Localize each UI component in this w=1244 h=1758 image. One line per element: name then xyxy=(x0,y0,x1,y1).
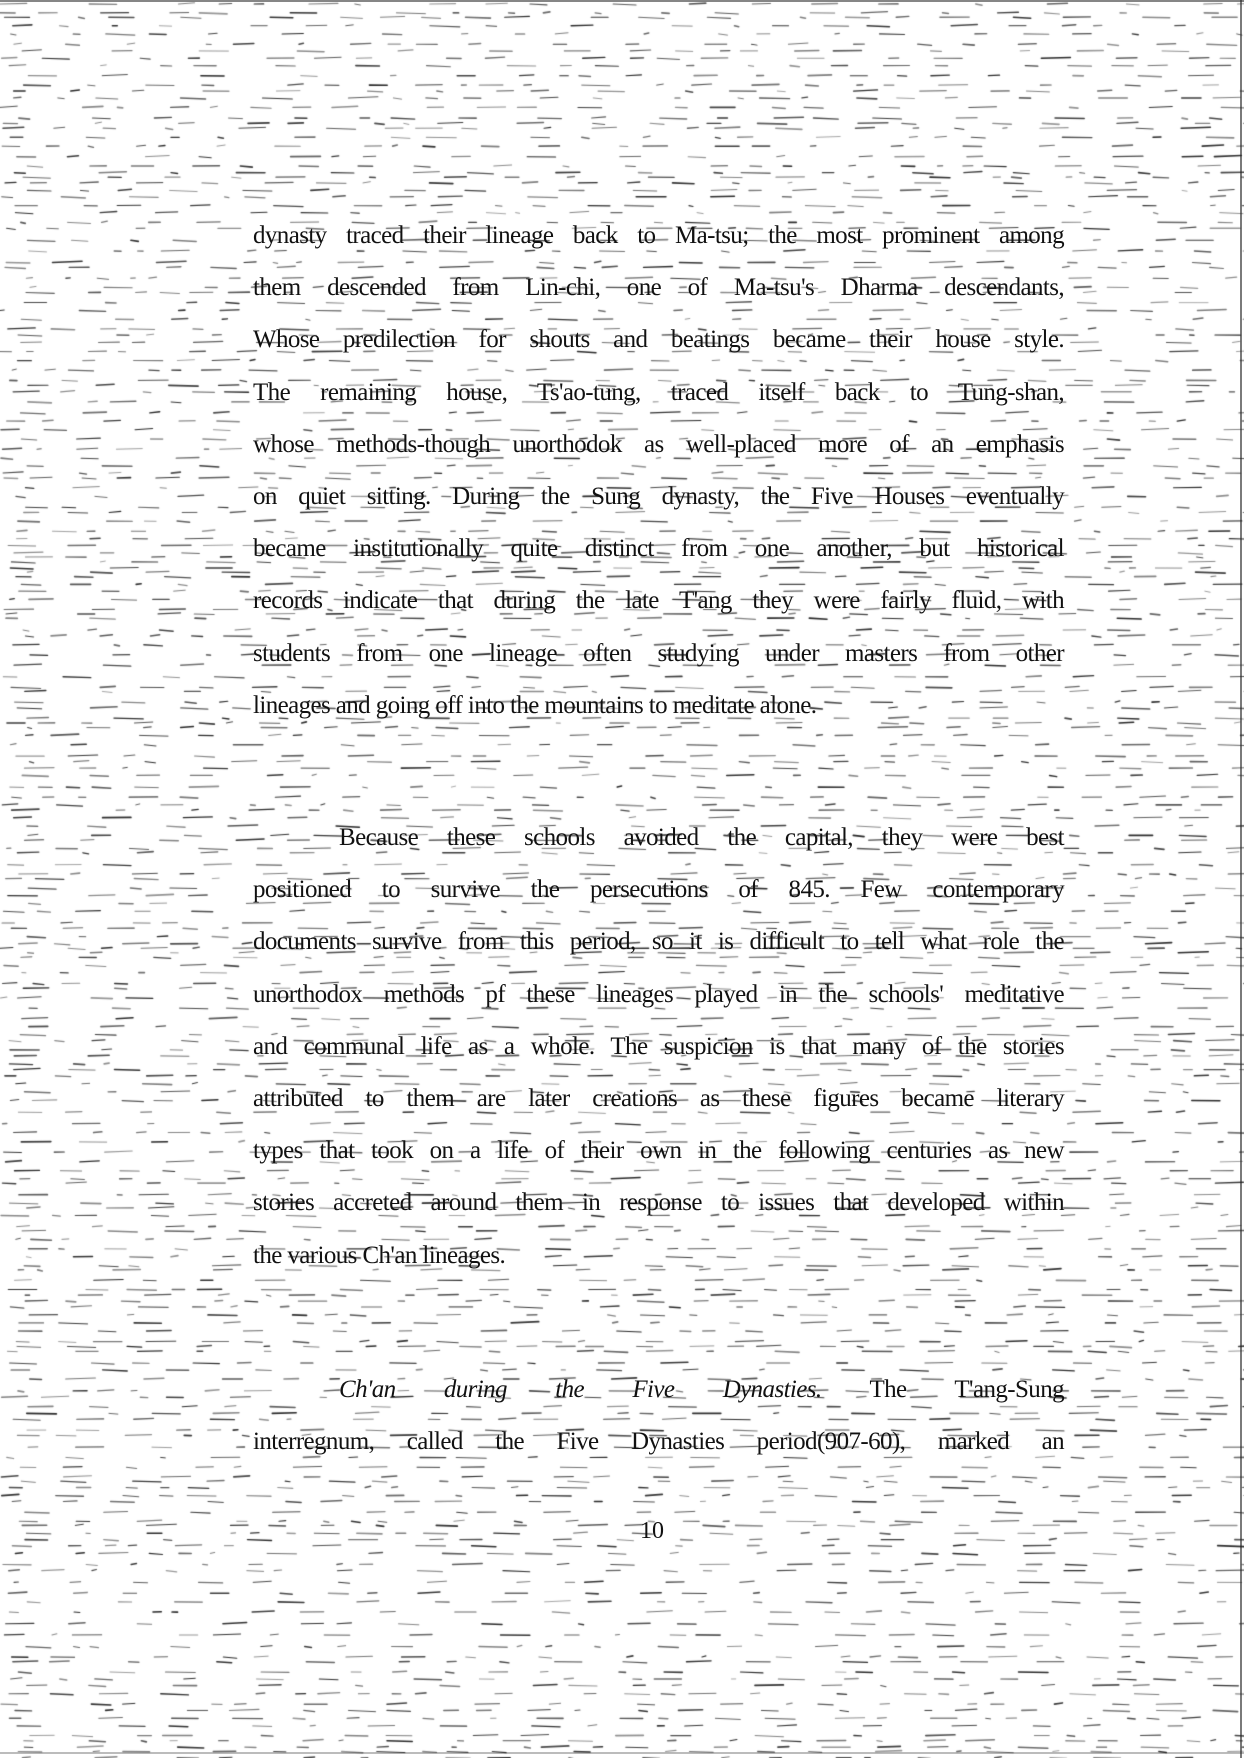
text-line: students from one lineage often studying… xyxy=(253,628,1064,680)
text-line: on quiet sitting. During the Sung dynast… xyxy=(253,471,1064,523)
page-number: 10 xyxy=(640,1518,664,1545)
paragraph-lineages: dynasty traced their lineage back to Ma-… xyxy=(253,210,1064,732)
text-line: Because these schools avoided the capita… xyxy=(253,812,1064,864)
section-run-in-heading: Ch'an during the Five Dynasties. xyxy=(339,1376,822,1403)
text-line-with-heading: Ch'an during the Five Dynasties. The T'a… xyxy=(253,1364,1064,1416)
text-line: attributed to them are later creations a… xyxy=(253,1073,1064,1125)
text-line: The remaining house, Ts'ao-tung, traced … xyxy=(253,367,1064,419)
page-edge-top xyxy=(0,0,1244,2)
text-line: and communal life as a whole. The suspic… xyxy=(253,1021,1064,1073)
text-line: stories accreted around them in response… xyxy=(253,1177,1064,1229)
text-line: records indicate that during the late T'… xyxy=(253,575,1064,627)
text-line: interregnum, called the Five Dynasties p… xyxy=(253,1416,1064,1468)
heading-line-text: The T'ang-Sung xyxy=(869,1376,1064,1403)
paragraph-persecutions: Because these schools avoided the capita… xyxy=(253,812,1064,1282)
text-line: whose methods-though unorthodok as well-… xyxy=(253,419,1064,471)
text-line: Whose predilection for shouts and beatin… xyxy=(253,314,1064,366)
text-line: documents survive from this period, so i… xyxy=(253,916,1064,968)
text-line: unorthodox methods pf these lineages pla… xyxy=(253,969,1064,1021)
text-line: types that took on a life of their own i… xyxy=(253,1125,1064,1177)
text-line: lineages and going off into the mountain… xyxy=(253,680,1064,732)
text-line: dynasty traced their lineage back to Ma-… xyxy=(253,210,1064,262)
text-line: became institutionally quite distinct fr… xyxy=(253,523,1064,575)
page-edge-bottom xyxy=(0,1752,1244,1754)
text-line: positioned to survive the persecutions o… xyxy=(253,864,1064,916)
text-line: them descended from Lin-chi, one of Ma-t… xyxy=(253,262,1064,314)
paragraph-five-dynasties: Ch'an during the Five Dynasties. The T'a… xyxy=(253,1364,1064,1468)
page-edge-right xyxy=(1240,0,1242,1758)
text-line: the various Ch'an lineages. xyxy=(253,1230,1064,1282)
